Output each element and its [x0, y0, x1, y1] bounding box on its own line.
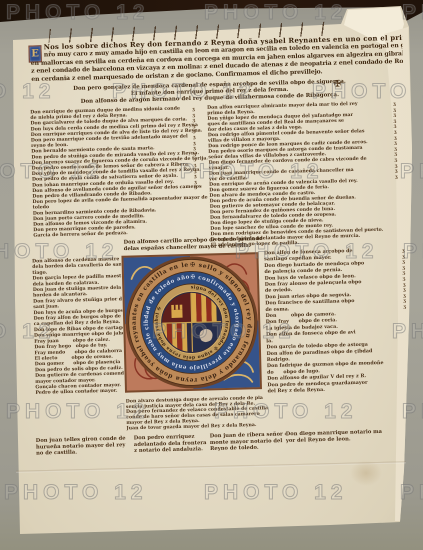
watermark: PHOTO 12 — [180, 160, 323, 184]
watermark: PHOTO 12 — [204, 481, 347, 505]
watermark: PHOTO 12 — [400, 481, 423, 505]
watermark: PHOTO 12 — [400, 160, 423, 184]
castle-glyph — [171, 305, 182, 318]
text-line: Pedro de ulloa contador mayor. — [35, 388, 124, 396]
watermark: PHOTO 12 — [152, 320, 295, 344]
signature-block-2: Don pedro enrriquezadelantado dela front… — [134, 433, 211, 456]
signature-block-1: Don juan telles giron conde dehurueña no… — [36, 435, 132, 458]
text-line: z notario del andaluzia. — [134, 446, 210, 454]
signature-block-3: Don juan de ribera señor demonte mayor n… — [210, 431, 287, 454]
watermark: PHOTO 12 — [0, 160, 103, 184]
watermark: PHOTO 12 — [0, 320, 55, 344]
text-line: Reyno de toledo. — [210, 444, 286, 452]
watermark: PHOTO 12 — [235, 240, 378, 264]
watermark: PHOTO 12 — [6, 400, 149, 424]
watermark: PHOTO 12 — [403, 240, 423, 264]
text-line: no de castilla. — [36, 448, 131, 457]
watermark: PHOTO 12 — [312, 80, 423, 104]
watermark: PHOTO 12 — [0, 80, 55, 104]
watermark: PHOTO 12 — [4, 481, 147, 505]
watermark: PHOTO 12 — [6, 1, 149, 25]
watermark: PHOTO 12 — [392, 320, 423, 344]
watermark: PHOTO 12 — [204, 1, 347, 25]
watermark: PHOTO 12 — [0, 240, 118, 264]
manuscript-photo: E Nos los sobre dichos Rey don fernando … — [0, 0, 423, 550]
watermark: PHOTO 12 — [402, 400, 423, 424]
watermark: PHOTO 12 — [214, 400, 357, 424]
signature-block-4: Don diego manrrique notario mayor del Re… — [286, 428, 391, 452]
watermark: PHOTO 12 — [112, 80, 255, 104]
watermark: PHOTO 12 — [402, 1, 423, 25]
